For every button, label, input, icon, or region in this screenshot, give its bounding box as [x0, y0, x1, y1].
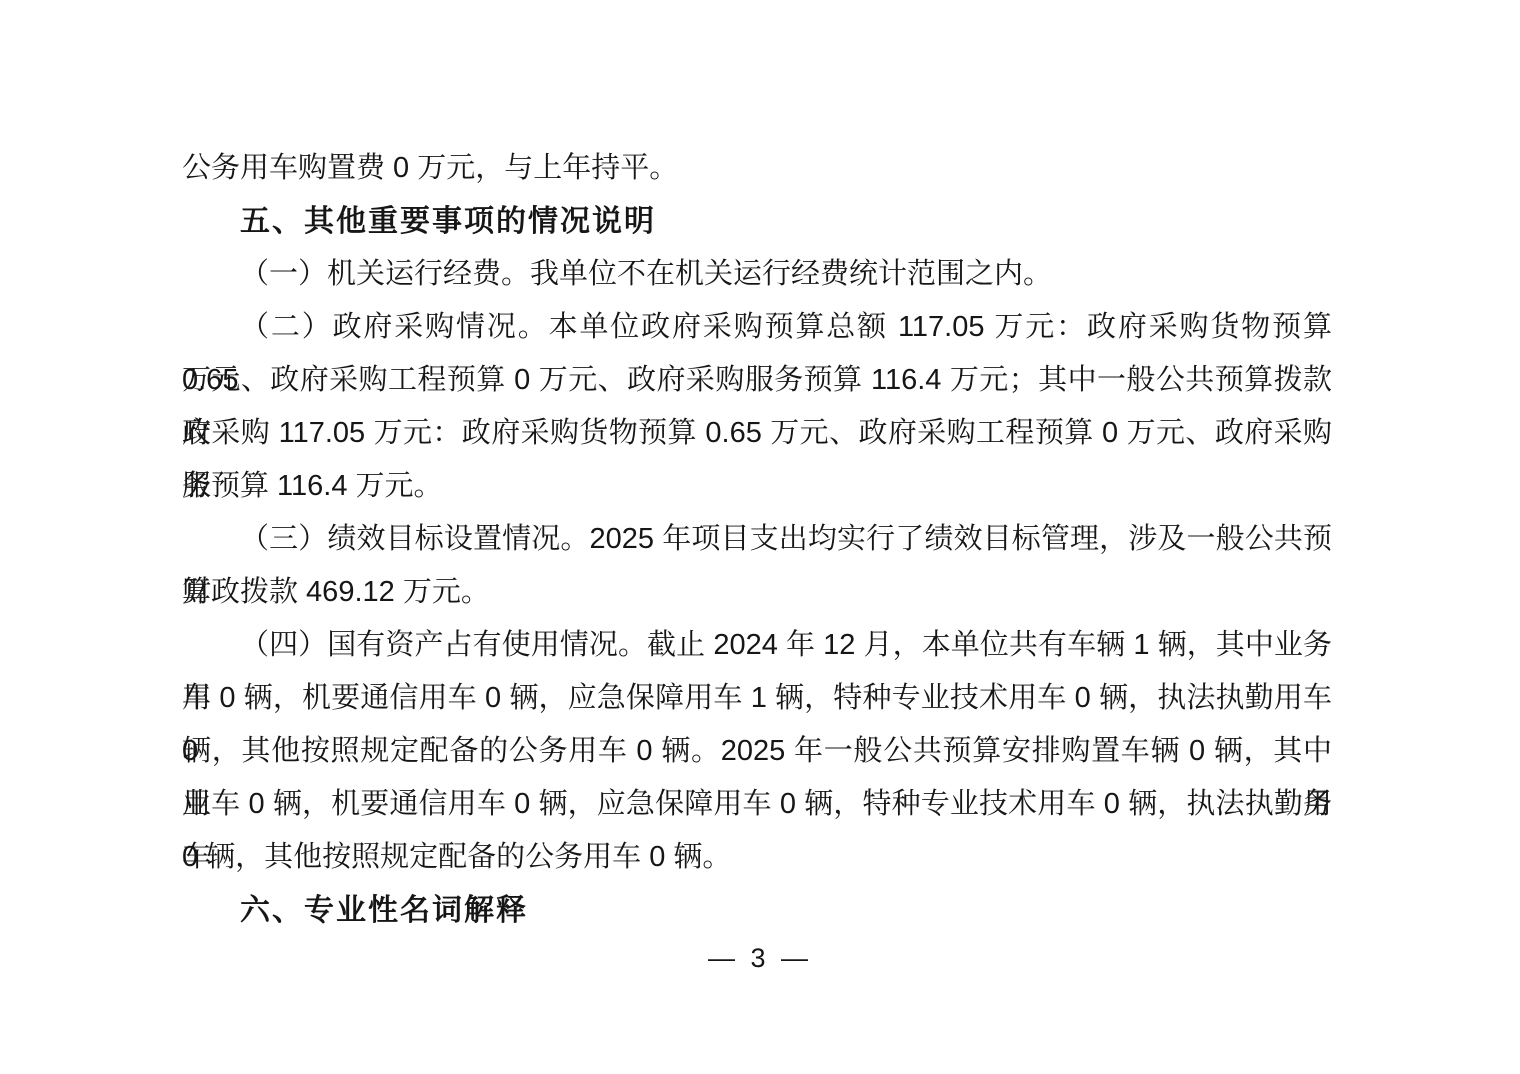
document-page: 公务用车购置费 0 万元，与上年持平。 五、其他重要事项的情况说明 （一）机关运… — [0, 0, 1520, 1074]
document-body: 公务用车购置费 0 万元，与上年持平。 五、其他重要事项的情况说明 （一）机关运… — [182, 142, 1332, 937]
section-heading-5: 五、其他重要事项的情况说明 — [182, 195, 1332, 248]
paragraph-state-assets-line-4: 用车 0 辆，机要通信用车 0 辆，应急保障用车 0 辆，特种专业技术用车 0 … — [182, 778, 1332, 831]
paragraph-state-assets-line-3: 辆，其他按照规定配备的公务用车 0 辆。2025 年一般公共预算安排购置车辆 0… — [182, 725, 1332, 778]
section-heading-6: 六、专业性名词解释 — [182, 884, 1332, 937]
paragraph-procurement-line-4: 务预算 116.4 万元。 — [182, 460, 1332, 513]
paragraph-performance-targets-line-2: 财政拨款 469.12 万元。 — [182, 566, 1332, 619]
paragraph-state-assets-line-2: 车 0 辆，机要通信用车 0 辆，应急保障用车 1 辆，特种专业技术用车 0 辆… — [182, 672, 1332, 725]
paragraph-procurement-line-1: （二）政府采购情况。本单位政府采购预算总额 117.05 万元：政府采购货物预算… — [182, 301, 1332, 354]
paragraph-state-assets-line-5: 0 辆，其他按照规定配备的公务用车 0 辆。 — [182, 831, 1332, 884]
paragraph-procurement-line-2: 万元、政府采购工程预算 0 万元、政府采购服务预算 116.4 万元；其中一般公… — [182, 354, 1332, 407]
page-number: — 3 — — [0, 932, 1520, 985]
paragraph-operating-expenses: （一）机关运行经费。我单位不在机关运行经费统计范围之内。 — [182, 248, 1332, 301]
paragraph-state-assets-line-1: （四）国有资产占有使用情况。截止 2024 年 12 月，本单位共有车辆 1 辆… — [182, 619, 1332, 672]
paragraph-procurement-line-3: 府采购 117.05 万元：政府采购货物预算 0.65 万元、政府采购工程预算 … — [182, 407, 1332, 460]
paragraph-vehicle-purchase-carryover: 公务用车购置费 0 万元，与上年持平。 — [182, 142, 1332, 195]
paragraph-performance-targets-line-1: （三）绩效目标设置情况。2025 年项目支出均实行了绩效目标管理，涉及一般公共预… — [182, 513, 1332, 566]
